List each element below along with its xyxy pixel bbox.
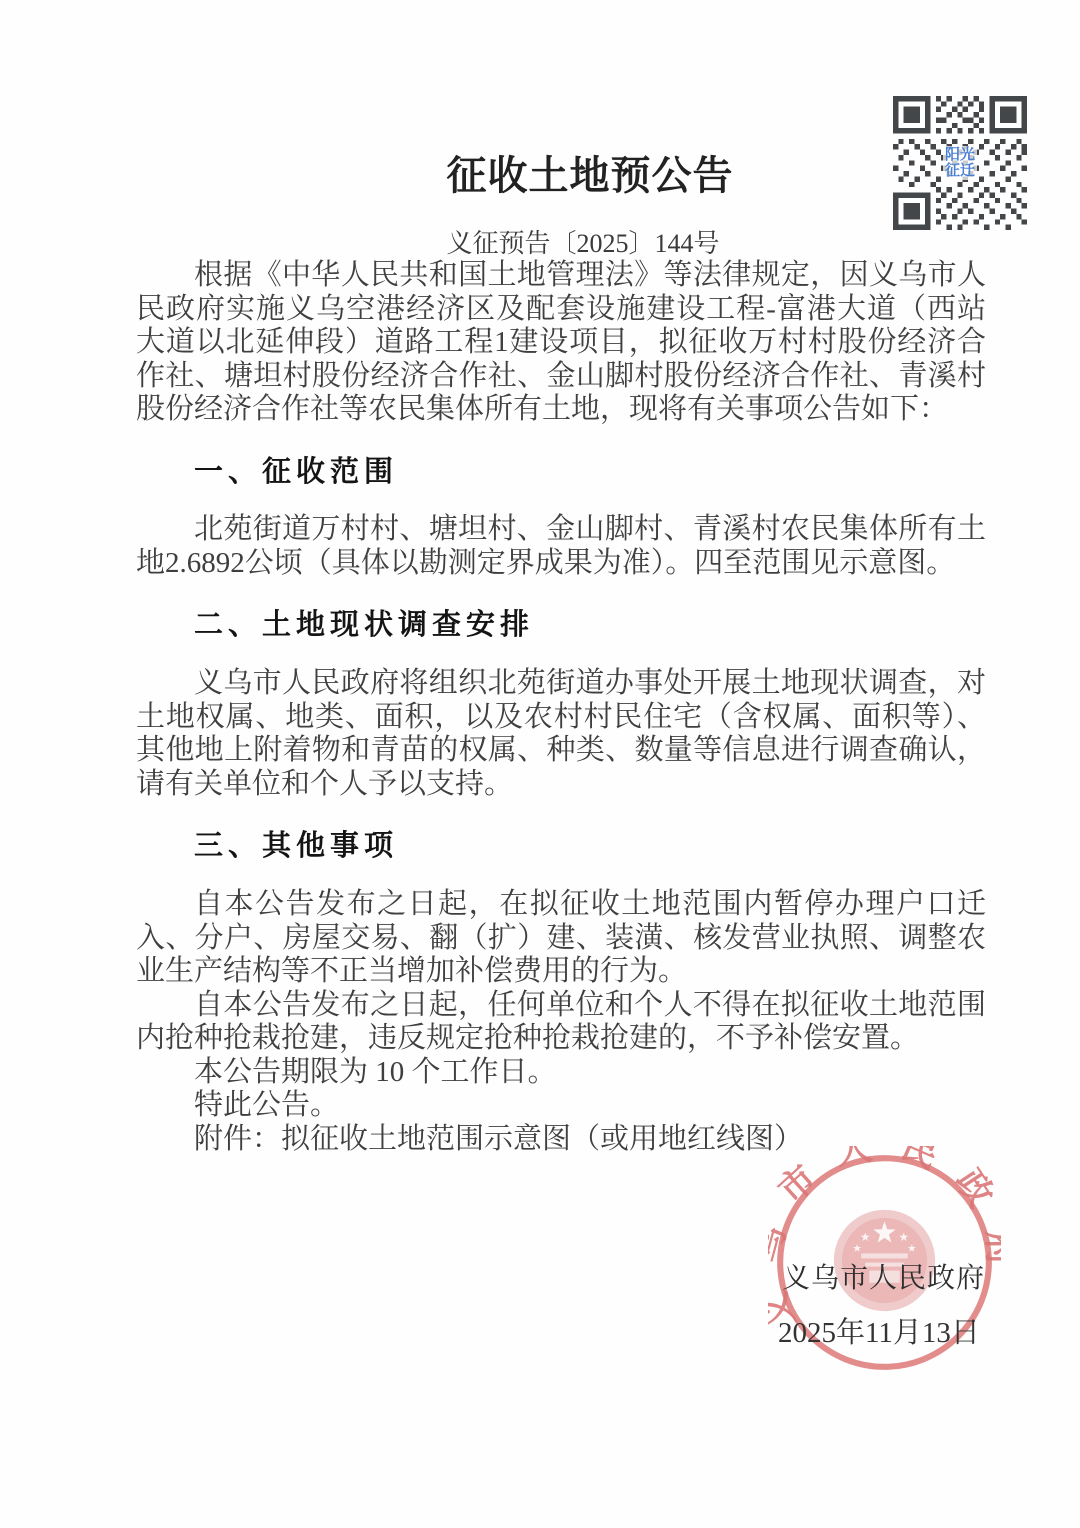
notice-period-line: 本公告期限为 10 个工作日。: [136, 1056, 986, 1090]
section-2-heading: 二、土地现状调查安排: [136, 608, 986, 643]
document-body: 征收土地预公告 义征预告〔2025〕144号 根据《中华人民共和国土地管理法》等…: [136, 0, 986, 1156]
section-3-paragraph: 自本公告发布之日起，任何单位和个人不得在拟征收土地范围内抢种抢栽抢建，违反规定抢…: [136, 989, 986, 1056]
document-number: 义征预告〔2025〕144号: [136, 228, 986, 259]
issuer-signature: 义乌市人民政府: [782, 1262, 985, 1296]
hereby-announced-line: 特此公告。: [136, 1089, 986, 1123]
document-page: 阳光 征迁 征收土地预公告 义征预告〔2025〕144号 根据《中华人民共和国土…: [0, 0, 1080, 1528]
section-1-heading: 一、征收范围: [136, 455, 986, 490]
intro-paragraph: 根据《中华人民共和国土地管理法》等法律规定，因义乌市人民政府实施义乌空港经济区及…: [136, 259, 986, 427]
section-3-heading: 三、其他事项: [136, 829, 986, 864]
section-2-paragraph: 义乌市人民政府将组织北苑街道办事处开展土地现状调查，对土地权属、地类、面积，以及…: [136, 667, 986, 801]
national-emblem-icon: [834, 1210, 935, 1311]
issue-date: 2025年11月13日: [778, 1316, 980, 1351]
page-title: 征收土地预公告: [136, 152, 986, 200]
section-1-paragraph: 北苑街道万村村、塘坦村、金山脚村、青溪村农民集体所有土地2.6892公顷（具体以…: [136, 513, 986, 580]
section-3-paragraph: 自本公告发布之日起，在拟征收土地范围内暂停办理户口迁入、分户、房屋交易、翻（扩）…: [136, 888, 986, 989]
